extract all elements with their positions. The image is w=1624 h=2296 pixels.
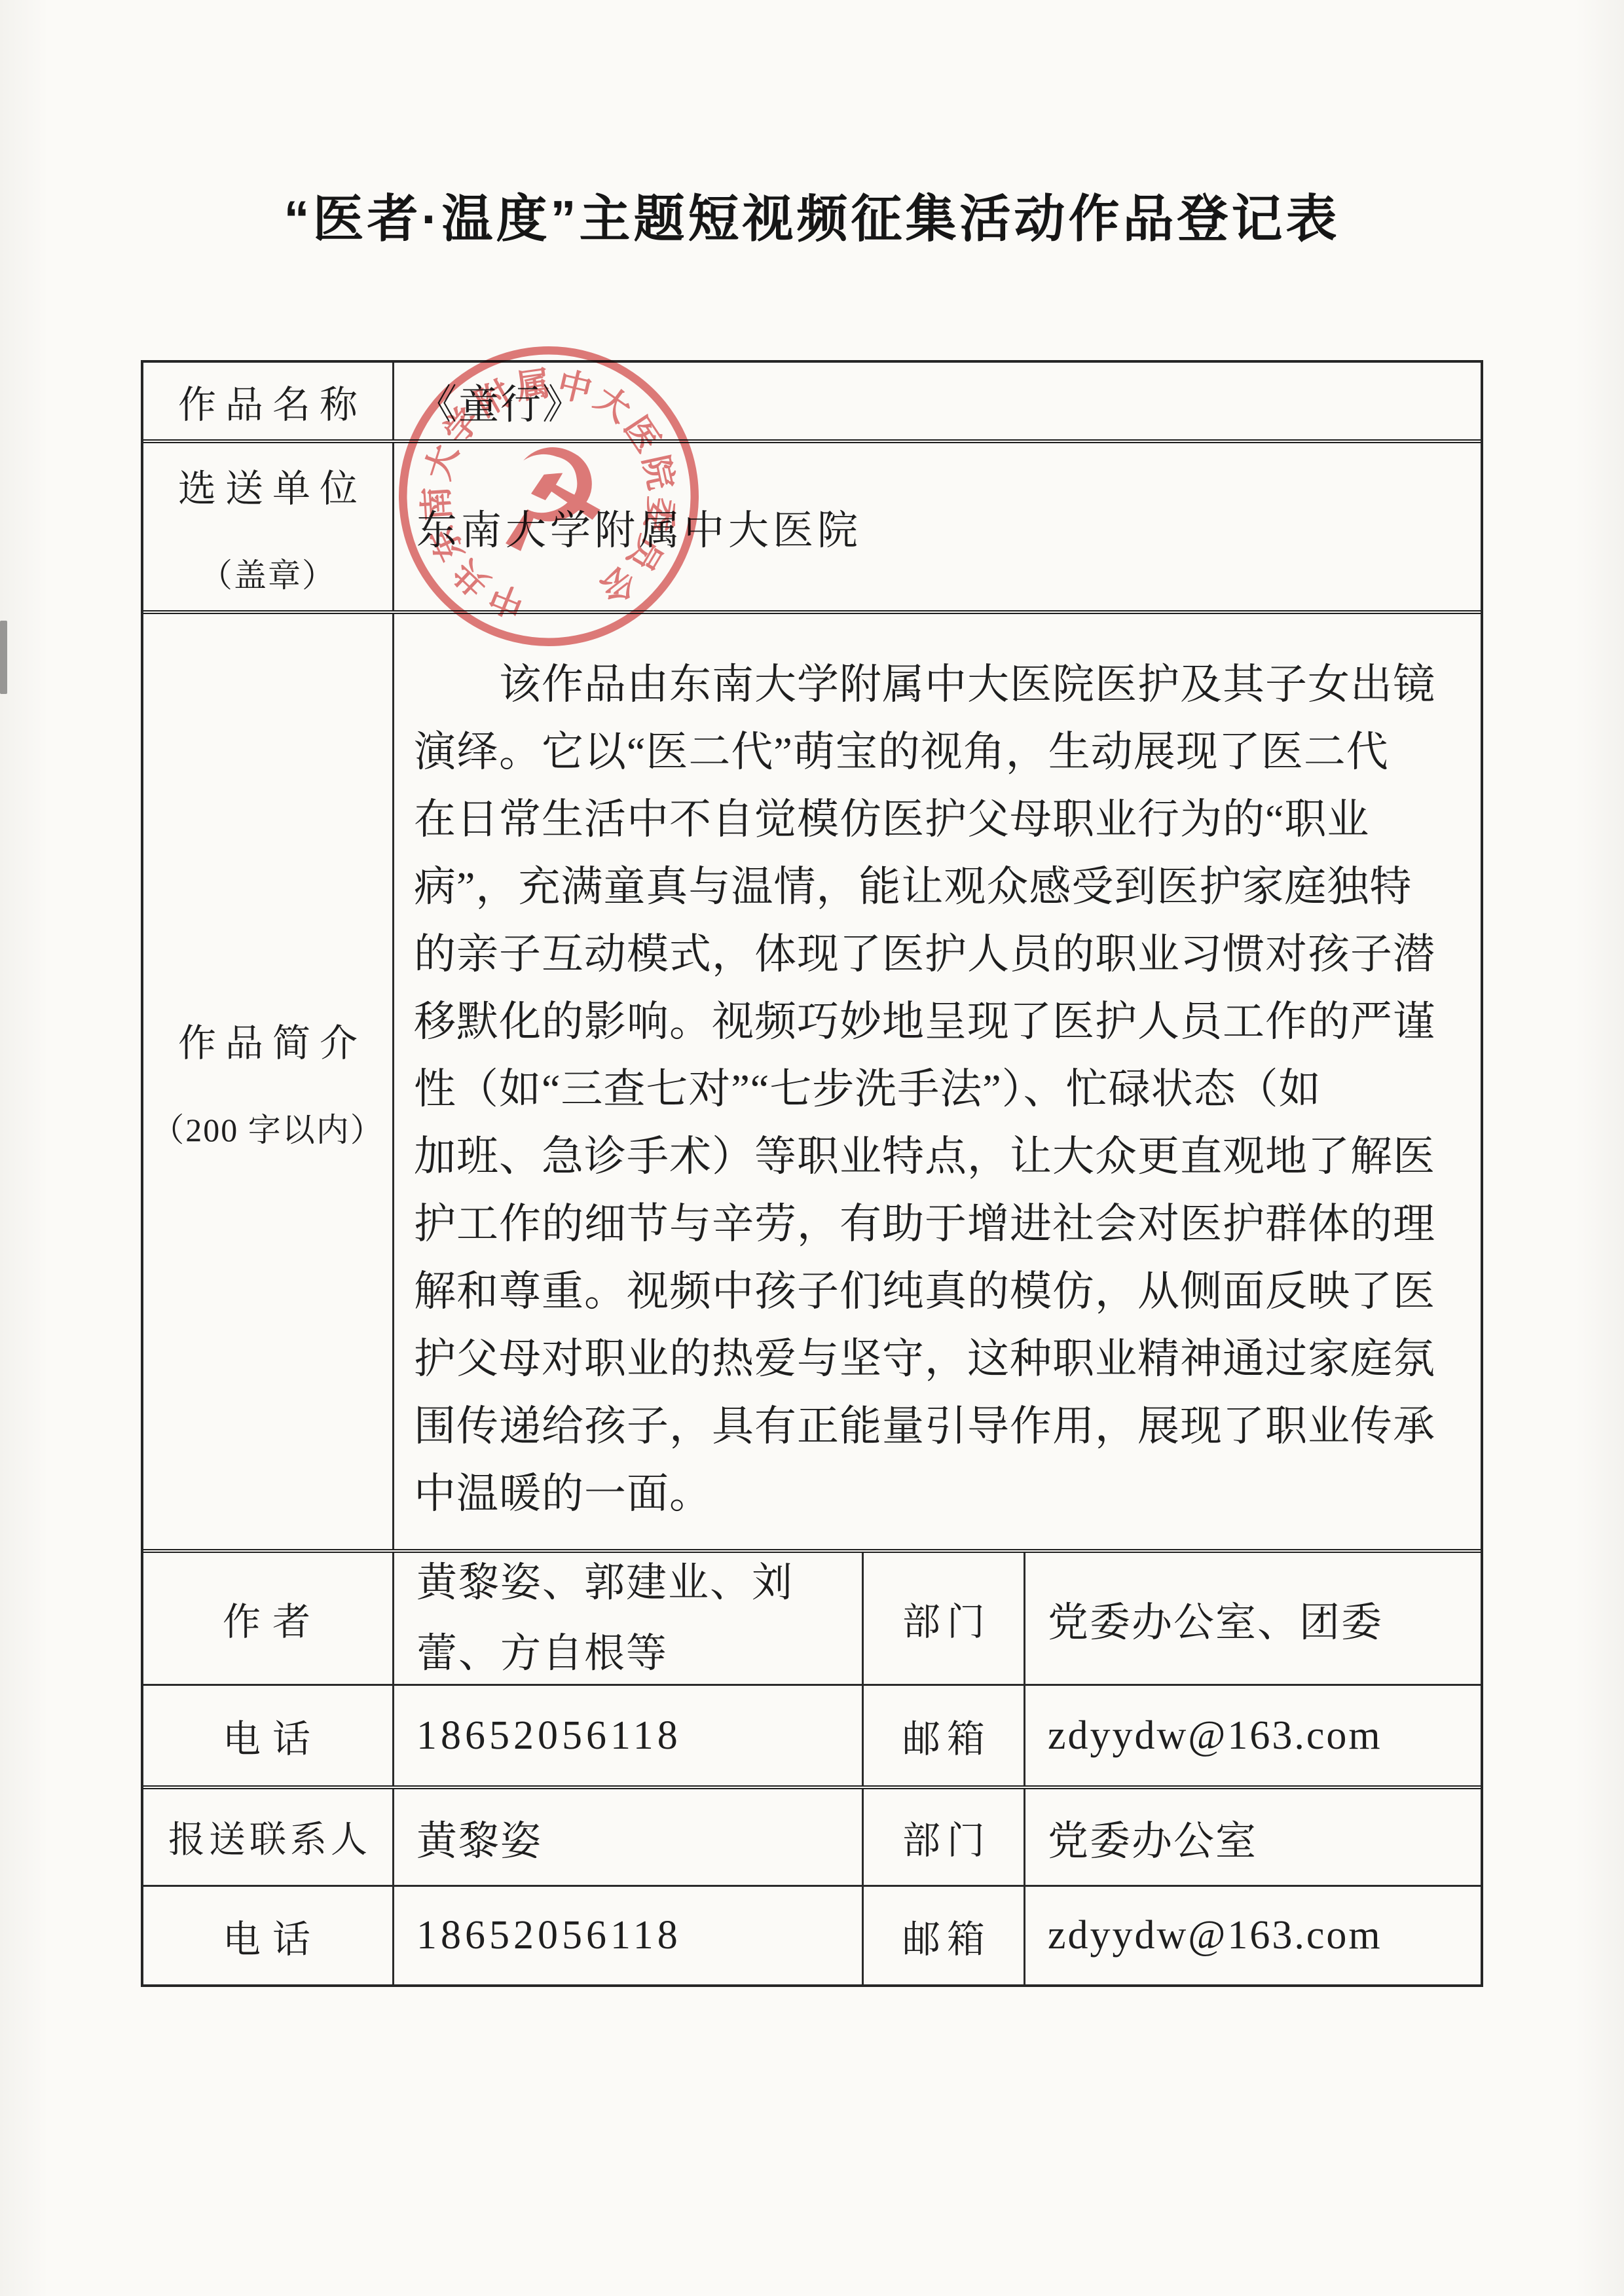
submitting-unit-sublabel: （盖章） [200,549,336,596]
scan-edge-artifact [0,621,7,694]
email1-label-cell: 邮箱 [862,1686,1024,1785]
intro-line: 演绎。它以“医二代”萌宝的视角，生动展现了医二代 [414,718,1389,786]
table-row-contact: 报送联系人 黄黎姿 部门 党委办公室 [143,1785,1481,1885]
intro-line: 性（如“三查七对”“七步洗手法”）、忙碌状态（如 [414,1055,1321,1123]
contact-dept-value: 党委办公室 [1048,1808,1257,1867]
table-row-authors: 作者 黄黎姿、郭建业、刘蕾、方自根等 部门 党委办公室、团委 [143,1549,1481,1684]
intro-line: 围传递给孩子，具有正能量引导作用，展现了职业传承 [414,1393,1435,1460]
phone1-value-cell: 18652056118 [392,1686,862,1785]
intro-line: 移默化的影响。视频巧妙地呈现了医护人员工作的严谨 [414,988,1435,1055]
phone1-label: 电话 [213,1708,322,1763]
intro-label-cell: 作品简介 （200 字以内） [143,614,392,1549]
intro-line: 解和尊重。视频中孩子们纯真的模仿，从侧面反映了医 [414,1258,1435,1325]
authors-label-cell: 作者 [143,1553,392,1684]
contact-dept-value-cell: 党委办公室 [1024,1789,1481,1885]
table-row-work-name: 作品名称 《童行》 [143,363,1481,439]
work-name-value-cell: 《童行》 [392,363,1481,439]
intro-value-cell: 该作品由东南大学附属中大医院医护及其子女出镜 演绎。它以“医二代”萌宝的视角，生… [392,614,1481,1549]
authors-value: 黄黎姿、郭建业、刘蕾、方自根等 [416,1548,849,1689]
authors-dept-label: 部门 [896,1591,991,1646]
table-row-submitting-unit: 选送单位 （盖章） 东南大学附属中大医院 [143,439,1481,610]
scanned-document-page: “医者·温度”主题短视频征集活动作品登记表 作品名称 《童行》 选送单位 （盖章… [0,0,1624,2296]
submitting-unit-label: 选送单位 [169,458,367,513]
phone1-value: 18652056118 [416,1713,682,1759]
contact-value: 黄黎姿 [416,1808,542,1867]
intro-line: 中温暖的一面。 [414,1460,712,1527]
intro-line: 的亲子互动模式，体现了医护人员的职业习惯对孩子潜 [414,920,1435,988]
page-title: “医者·温度”主题短视频征集活动作品登记表 [0,178,1624,251]
intro-line: 护父母对职业的热爱与坚守，这种职业精神通过家庭氛 [414,1325,1435,1393]
table-row-phone-2: 电话 18652056118 邮箱 zdyydw@163.com [143,1885,1481,1984]
contact-value-cell: 黄黎姿 [392,1789,862,1885]
submitting-unit-value: 东南大学附属中大医院 [416,498,862,556]
work-name-label: 作品名称 [169,374,367,429]
intro-line: 加班、急诊手术）等职业特点，让大众更直观地了解医 [414,1123,1435,1190]
authors-value-cell: 黄黎姿、郭建业、刘蕾、方自根等 [392,1553,862,1684]
phone2-label-cell: 电话 [143,1887,392,1984]
authors-label: 作者 [213,1591,322,1646]
intro-label: 作品简介 [169,1012,367,1067]
registration-form-table: 作品名称 《童行》 选送单位 （盖章） 东南大学附属中大医院 作品简介 （200… [141,360,1483,1987]
email2-value-cell: zdyydw@163.com [1024,1887,1481,1984]
email2-value: zdyydw@163.com [1048,1912,1382,1959]
authors-dept-label-cell: 部门 [862,1553,1024,1684]
intro-line: 该作品由东南大学附属中大医院医护及其子女出镜 [414,651,1435,718]
intro-line: 护工作的细节与辛劳，有助于增进社会对医护群体的理 [414,1190,1435,1258]
phone2-value-cell: 18652056118 [392,1887,862,1984]
table-row-intro: 作品简介 （200 字以内） 该作品由东南大学附属中大医院医护及其子女出镜 演绎… [143,610,1481,1549]
intro-line: 病”，充满童真与温情，能让观众感受到医护家庭独特 [414,853,1412,920]
intro-sublabel: （200 字以内） [151,1104,384,1151]
contact-label-cell: 报送联系人 [143,1789,392,1885]
email1-value: zdyydw@163.com [1048,1713,1382,1759]
work-name-label-cell: 作品名称 [143,363,392,439]
email2-label-cell: 邮箱 [862,1887,1024,1984]
email1-value-cell: zdyydw@163.com [1024,1686,1481,1785]
submitting-unit-label-cell: 选送单位 （盖章） [143,443,392,610]
email1-label: 邮箱 [896,1708,991,1763]
contact-dept-label: 部门 [896,1810,991,1865]
submitting-unit-value-cell: 东南大学附属中大医院 [392,443,1481,610]
authors-dept-value-cell: 党委办公室、团委 [1024,1553,1481,1684]
phone2-value: 18652056118 [416,1912,682,1959]
contact-dept-label-cell: 部门 [862,1789,1024,1885]
table-row-phone-1: 电话 18652056118 邮箱 zdyydw@163.com [143,1684,1481,1785]
intro-line: 在日常生活中不自觉模仿医护父母职业行为的“职业 [414,786,1369,853]
authors-dept-value: 党委办公室、团委 [1048,1590,1383,1648]
email2-label: 邮箱 [896,1908,991,1963]
contact-label: 报送联系人 [164,1811,371,1863]
work-name-value: 《童行》 [416,372,584,430]
phone1-label-cell: 电话 [143,1686,392,1785]
phone2-label: 电话 [213,1908,322,1963]
